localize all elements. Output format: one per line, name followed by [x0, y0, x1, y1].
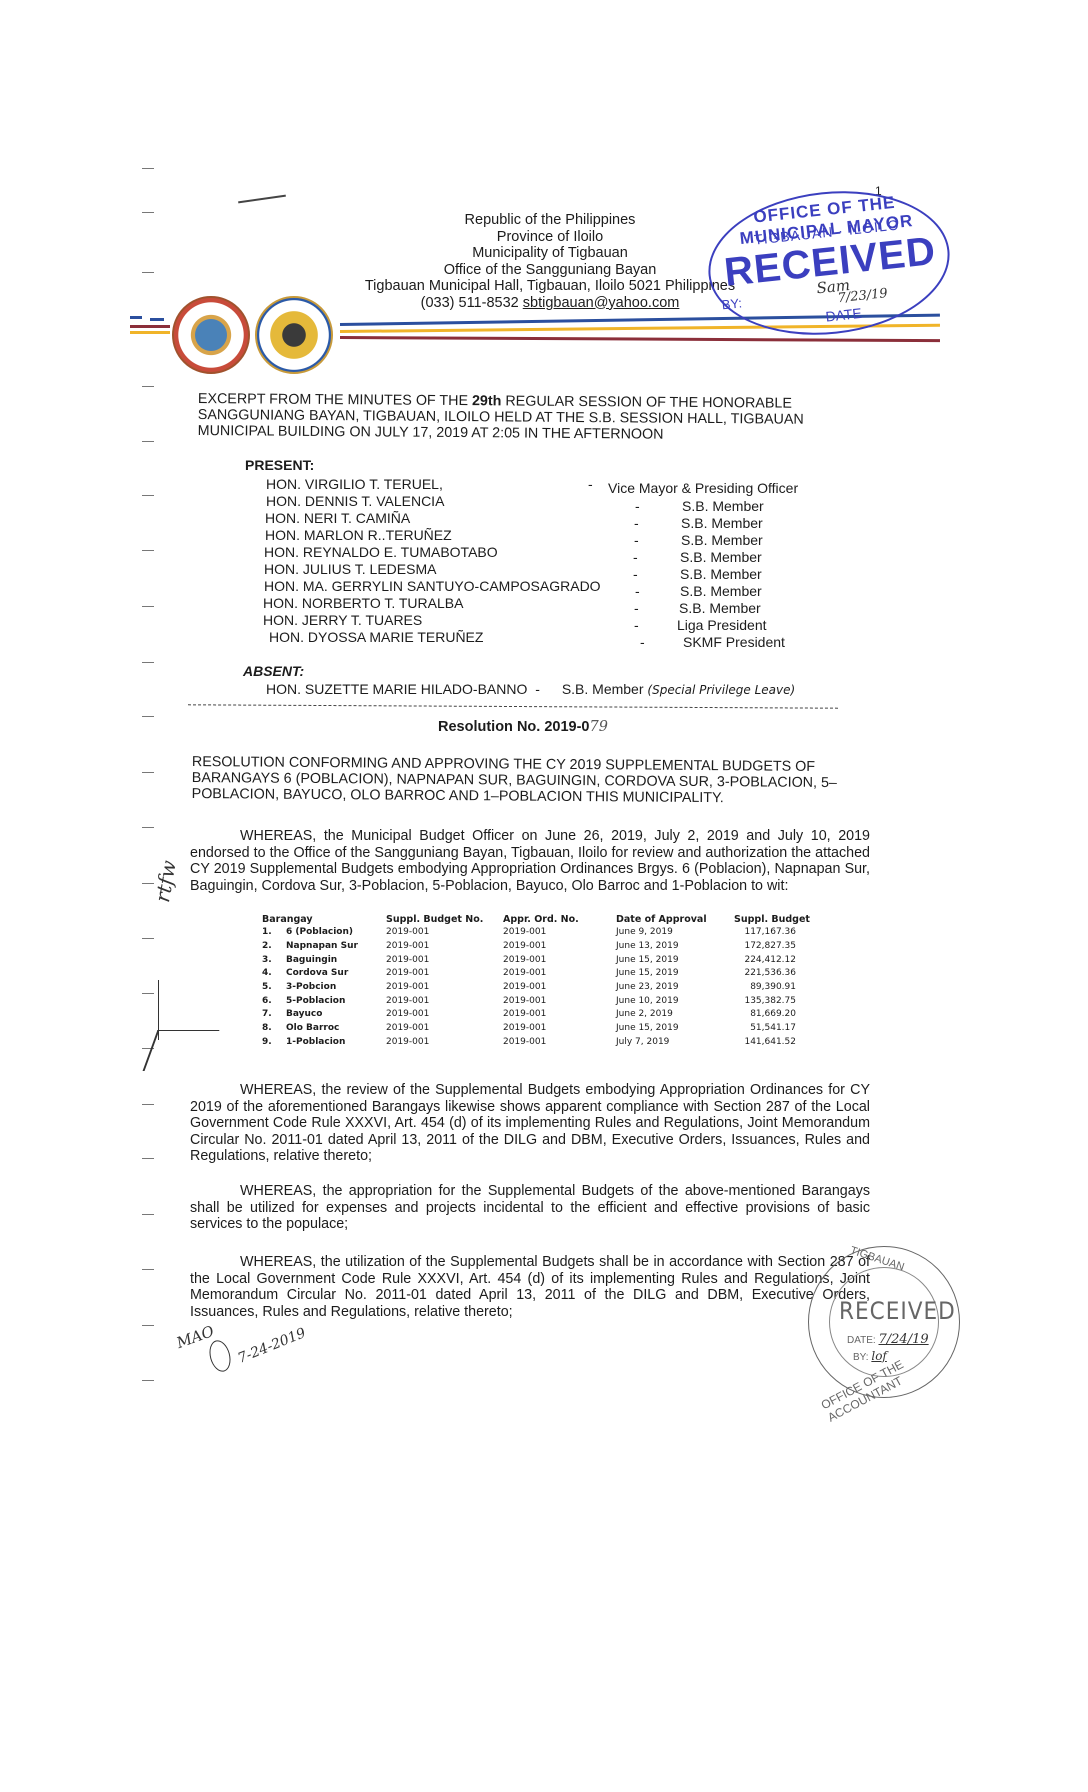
member-row: HON. JERRY T. TUARES-Liga President [263, 612, 422, 629]
table-cell-amount: 81,669.20 [724, 1009, 796, 1019]
table-header-cell: Suppl. Budget No. [386, 914, 483, 925]
margin-tick [142, 938, 154, 939]
stripe-maroon [340, 336, 940, 342]
member-row: HON. MARLON R..TERUÑEZ-S.B. Member [265, 527, 452, 544]
absent-label: ABSENT: [243, 663, 304, 679]
letterhead-line: Office of the Sangguniang Bayan [330, 262, 770, 279]
margin-tick [142, 993, 154, 994]
stamp-by-value: lof [871, 1349, 887, 1363]
section-divider [188, 704, 838, 708]
table-cell-barangay: Cordova Sur [286, 968, 348, 978]
letterhead-contact: (033) 511-8532 sbtigbauan@yahoo.com [330, 295, 770, 312]
resolution-title: RESOLUTION CONFORMING AND APPROVING THE … [192, 754, 882, 807]
present-label: PRESENT: [245, 457, 314, 473]
table-cell-barangay: Baguingin [286, 955, 337, 965]
table-cell-amount: 51,541.17 [724, 1023, 796, 1033]
stripe [130, 325, 170, 328]
table-cell-appr-ord-no: 2019-001 [503, 955, 546, 965]
member-name: HON. MARLON R..TERUÑEZ [265, 527, 452, 543]
resolution-number-handwritten: 79 [589, 719, 607, 735]
handwritten-signature [206, 1338, 234, 1374]
table-header-cell: Appr. Ord. No. [503, 914, 579, 925]
absent-member-note: (Special Privilege Leave) [647, 683, 795, 697]
margin-tick [142, 1104, 154, 1105]
member-name: HON. MA. GERRYLIN SANTUYO-CAMPOSAGRADO [264, 578, 601, 594]
session-ordinal: 29th [472, 393, 502, 409]
member-row: HON. MA. GERRYLIN SANTUYO-CAMPOSAGRADO-S… [264, 578, 601, 595]
table-cell-appr-ord-no: 2019-001 [503, 996, 546, 1006]
table-cell-appr-ord-no: 2019-001 [503, 1037, 546, 1047]
table-cell-appr-ord-no: 2019-001 [503, 927, 546, 937]
table-cell-barangay: 6 (Poblacion) [286, 927, 353, 937]
stamp-status: RECEIVED [839, 1297, 956, 1325]
table-header-cell: Date of Approval [616, 914, 707, 925]
table-cell-barangay: Bayuco [286, 1009, 322, 1019]
table-cell-no: 8. [262, 1023, 272, 1033]
member-row: HON. DENNIS T. VALENCIA-S.B. Member [266, 493, 444, 510]
table-cell-amount: 224,412.12 [724, 955, 796, 965]
margin-tick [142, 1269, 154, 1270]
table-cell-appr-ord-no: 2019-001 [503, 982, 546, 992]
table-cell-appr-ord-no: 2019-001 [503, 941, 546, 951]
margin-tick [142, 1325, 154, 1326]
whereas-clause-3: WHEREAS, the appropriation for the Suppl… [190, 1183, 870, 1233]
member-name: HON. REYNALDO E. TUMABOTABO [264, 544, 498, 560]
member-dash: - [635, 498, 640, 514]
minutes-excerpt-heading: EXCERPT FROM THE MINUTES OF THE 29th REG… [198, 391, 878, 444]
member-dash: - [640, 634, 645, 650]
member-row: HON. NORBERTO T. TURALBA-S.B. Member [263, 595, 463, 612]
table-cell-appr-ord-no: 2019-001 [503, 968, 546, 978]
table-cell-no: 3. [262, 955, 272, 965]
stamp-by-label: BY: [721, 295, 743, 312]
table-cell-appr-ord-no: 2019-001 [503, 1009, 546, 1019]
member-name: HON. DENNIS T. VALENCIA [266, 493, 444, 509]
whereas-clause-4: WHEREAS, the utilization of the Suppleme… [190, 1254, 870, 1320]
whereas-text: WHEREAS, the appropriation for the Suppl… [190, 1183, 870, 1232]
stamp-date-label: DATE [825, 305, 863, 325]
margin-tick [142, 168, 154, 169]
member-name: HON. NERI T. CAMIÑA [265, 510, 410, 526]
stripe [130, 316, 142, 319]
letterhead-line: Republic of the Philippines [330, 212, 770, 229]
member-dash: - [633, 566, 638, 582]
table-cell-suppl-budget-no: 2019-001 [386, 1023, 429, 1033]
margin-tick [142, 495, 154, 496]
absent-member-name: HON. SUZETTE MARIE HILADO-BANNO [266, 681, 527, 697]
pen-stroke [238, 195, 286, 204]
table-cell-no: 9. [262, 1037, 272, 1047]
margin-tick [142, 386, 154, 387]
table-cell-date: June 2, 2019 [616, 1009, 673, 1019]
email-link[interactable]: sbtigbauan@yahoo.com [523, 295, 680, 311]
margin-tick [142, 716, 154, 717]
table-cell-amount: 221,536.36 [724, 968, 796, 978]
margin-tick [142, 550, 154, 551]
member-name: HON. DYOSSA MARIE TERUÑEZ [269, 629, 483, 645]
table-cell-no: 5. [262, 982, 272, 992]
whereas-text: WHEREAS, the Municipal Budget Officer on… [190, 828, 870, 894]
member-dash: - [634, 515, 639, 531]
table-cell-no: 7. [262, 1009, 272, 1019]
received-stamp-accountant: TIGBAUAN RECEIVED DATE: 7/24/19 BY: lof … [808, 1246, 960, 1398]
table-header-cell: Barangay [262, 914, 313, 925]
member-row: HON. VIRGILIO T. TERUEL,-Vice Mayor & Pr… [266, 476, 443, 493]
table-cell-date: July 7, 2019 [616, 1037, 669, 1047]
municipality-seal [172, 296, 250, 374]
member-name: HON. VIRGILIO T. TERUEL, [266, 476, 443, 492]
table-cell-date: June 15, 2019 [616, 1023, 679, 1033]
table-cell-date: June 10, 2019 [616, 996, 679, 1006]
margin-tick [142, 441, 154, 442]
member-position: Liga President [677, 617, 767, 633]
member-row: HON. REYNALDO E. TUMABOTABO-S.B. Member [264, 544, 498, 561]
margin-tick [142, 606, 154, 607]
member-row: HON. DYOSSA MARIE TERUÑEZ-SKMF President [269, 629, 483, 646]
handwritten-date: 7-24-2019 [236, 1325, 309, 1367]
member-name: HON. JERRY T. TUARES [263, 612, 422, 628]
table-cell-appr-ord-no: 2019-001 [503, 1023, 546, 1033]
margin-tick [142, 662, 154, 663]
stamp-date-label: DATE: [847, 1335, 876, 1346]
member-position: S.B. Member [681, 532, 763, 548]
table-cell-suppl-budget-no: 2019-001 [386, 1037, 429, 1047]
table-cell-amount: 89,390.91 [724, 982, 796, 992]
member-position: S.B. Member [681, 515, 763, 531]
member-dash: - [634, 532, 639, 548]
table-cell-suppl-budget-no: 2019-001 [386, 955, 429, 965]
table-cell-no: 4. [262, 968, 272, 978]
sangguniang-bayan-seal [255, 296, 333, 374]
whereas-text: WHEREAS, the review of the Supplemental … [190, 1082, 870, 1164]
table-cell-barangay: 1-Poblacion [286, 1037, 345, 1047]
received-stamp-mayor: OFFICE OF THE MUNICIPAL MAYOR TIGBAUAN ·… [701, 180, 957, 347]
member-position: S.B. Member [680, 549, 762, 565]
member-name: HON. NORBERTO T. TURALBA [263, 595, 463, 611]
absent-member-row: HON. SUZETTE MARIE HILADO-BANNO - S.B. M… [266, 681, 795, 697]
whereas-clause-1: WHEREAS, the Municipal Budget Officer on… [190, 828, 870, 894]
member-dash: - [634, 617, 639, 633]
resolution-number-printed: Resolution No. 2019-0 [438, 719, 589, 735]
stamp-date: DATE: 7/24/19 [847, 1332, 929, 1347]
table-cell-suppl-budget-no: 2019-001 [386, 1009, 429, 1019]
table-cell-suppl-budget-no: 2019-001 [386, 927, 429, 937]
table-cell-date: June 13, 2019 [616, 941, 679, 951]
stripe [130, 331, 170, 334]
stamp-by: BY: lof [853, 1349, 887, 1363]
table-cell-date: June 15, 2019 [616, 955, 679, 965]
member-position: Vice Mayor & Presiding Officer [608, 480, 798, 496]
table-cell-suppl-budget-no: 2019-001 [386, 982, 429, 992]
margin-tick [142, 1158, 154, 1159]
letterhead-line: Municipality of Tigbauan [330, 245, 770, 262]
margin-signature: rtfw [150, 859, 181, 905]
member-dash: - [635, 583, 640, 599]
member-dash: - [588, 476, 593, 492]
stamp-by-label: BY: [853, 1352, 869, 1363]
margin-tick [142, 1214, 154, 1215]
member-position: SKMF President [683, 634, 785, 650]
letterhead-line: Province of Iloilo [330, 229, 770, 246]
table-cell-amount: 135,382.75 [724, 996, 796, 1006]
margin-tick [142, 772, 154, 773]
margin-tick [142, 1380, 154, 1381]
member-position: S.B. Member [680, 566, 762, 582]
table-cell-barangay: Napnapan Sur [286, 941, 358, 951]
member-position: S.B. Member [679, 600, 761, 616]
table-cell-date: June 23, 2019 [616, 982, 679, 992]
table-cell-no: 2. [262, 941, 272, 951]
stripe [150, 318, 164, 321]
whereas-clause-2: WHEREAS, the review of the Supplemental … [190, 1082, 870, 1165]
member-name: HON. JULIUS T. LEDESMA [264, 561, 436, 577]
margin-tick [142, 827, 154, 828]
table-cell-no: 1. [262, 927, 272, 937]
table-cell-barangay: Olo Barroc [286, 1023, 339, 1033]
member-dash: - [633, 549, 638, 565]
table-cell-suppl-budget-no: 2019-001 [386, 968, 429, 978]
member-position: S.B. Member [682, 498, 764, 514]
table-cell-amount: 117,167.36 [724, 927, 796, 937]
margin-tick [142, 212, 154, 213]
table-cell-amount: 141,641.52 [724, 1037, 796, 1047]
margin-tick [142, 272, 154, 273]
table-cell-date: June 15, 2019 [616, 968, 679, 978]
table-cell-no: 6. [262, 996, 272, 1006]
table-cell-barangay: 3-Pobcion [286, 982, 336, 992]
table-cell-suppl-budget-no: 2019-001 [386, 996, 429, 1006]
member-row: HON. JULIUS T. LEDESMA-S.B. Member [264, 561, 436, 578]
table-cell-barangay: 5-Poblacion [286, 996, 345, 1006]
table-header-cell: Suppl. Budget [734, 914, 810, 925]
table-cell-suppl-budget-no: 2019-001 [386, 941, 429, 951]
absent-member-position: S.B. Member [562, 681, 644, 697]
letterhead: Republic of the Philippines Province of … [330, 212, 770, 311]
member-row: HON. NERI T. CAMIÑA-S.B. Member [265, 510, 410, 527]
table-cell-date: June 9, 2019 [616, 927, 673, 937]
table-cell-amount: 172,827.35 [724, 941, 796, 951]
member-dash: - [634, 600, 639, 616]
whereas-text: WHEREAS, the utilization of the Suppleme… [190, 1254, 870, 1320]
absent-dash: - [535, 681, 540, 697]
phone-number: (033) 511-8532 [421, 295, 519, 311]
margin-signature-initials [143, 1030, 220, 1071]
member-position: S.B. Member [680, 583, 762, 599]
resolution-number: Resolution No. 2019-079 [438, 719, 608, 735]
